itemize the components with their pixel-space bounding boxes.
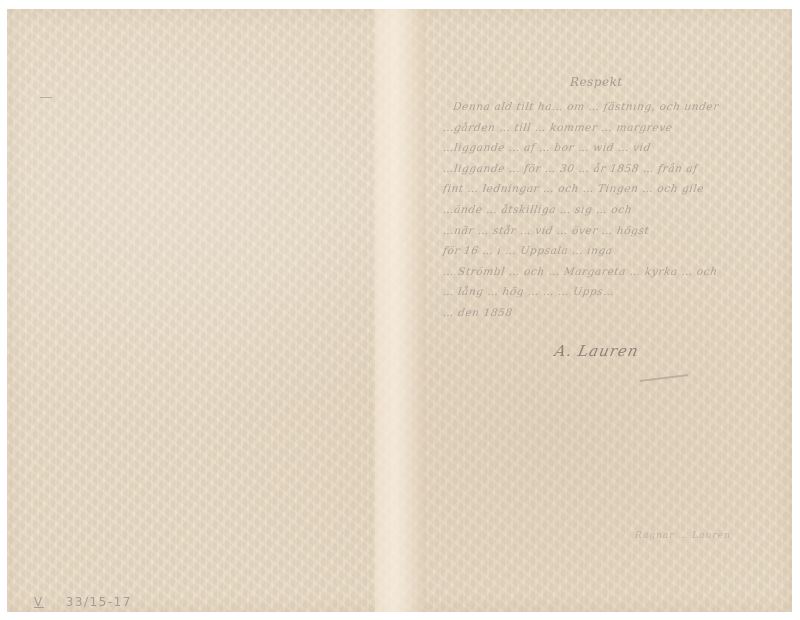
letter-heading: Respekt xyxy=(570,75,623,89)
footnote-annotation: Ragnar … Lauren xyxy=(635,531,731,541)
letter-line: …när … står … vid … över … högst xyxy=(442,221,785,242)
letter-line: … den 1858 xyxy=(442,303,785,324)
pencil-mark xyxy=(40,97,52,98)
letter-line: …liggande … af … bor … wid … vid xyxy=(442,138,785,159)
letter-line: fint … ledningar … och … Tingen … och gi… xyxy=(442,179,785,200)
archive-reference: V33/15-17 xyxy=(34,595,132,609)
letter-line: … Strömbl … och … Margareta … kyrka … oc… xyxy=(442,262,785,283)
letter-line: …ände … åtskilliga … sig … och xyxy=(442,200,785,221)
letter-line: …gården … till … kommer … margreve xyxy=(442,118,785,139)
letter-line: för 16 … i … Uppsala … inga xyxy=(442,241,785,262)
signature-flourish xyxy=(640,374,688,382)
center-fold xyxy=(375,9,425,612)
right-page-letter: Respekt Denna ald tilt ha… om … fästning… xyxy=(425,9,792,612)
letter-body: Denna ald tilt ha… om … fästning, och un… xyxy=(443,97,783,324)
signature: A. Lauren xyxy=(553,342,640,360)
archive-number: 33/15-17 xyxy=(66,595,132,609)
left-page-blank: V33/15-17 xyxy=(7,9,375,612)
letter-line: … lång … hög … … … Upps… xyxy=(442,282,785,303)
archive-volume: V xyxy=(34,595,44,609)
document-sheet: V33/15-17 Respekt Denna ald tilt ha… om … xyxy=(7,9,792,612)
letter-line: …liggande … för … 30 … år 1858 … från af xyxy=(442,159,785,180)
letter-line: Denna ald tilt ha… om … fästning, och un… xyxy=(442,97,785,118)
